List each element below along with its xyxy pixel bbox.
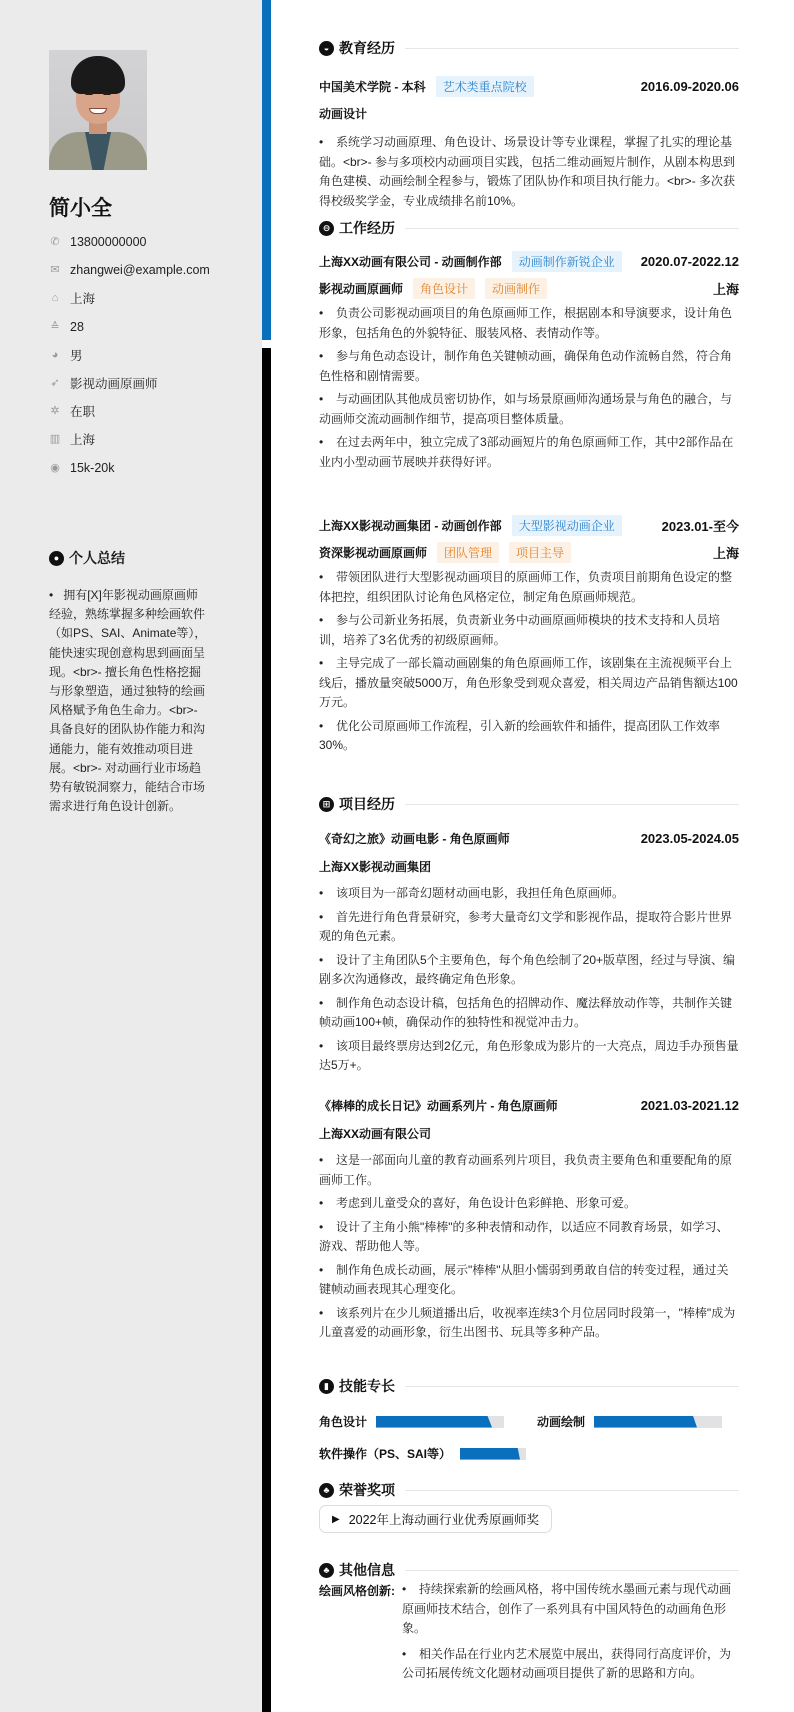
skill-bar bbox=[460, 1448, 526, 1460]
briefcase-icon: ⊖ bbox=[319, 221, 334, 236]
skill-bar bbox=[376, 1416, 504, 1428]
section-projects-heading: ⊞ 项目经历 bbox=[319, 794, 739, 814]
bar-chart-icon: ▮ bbox=[319, 1379, 334, 1394]
section-education-heading: ◒ 教育经历 bbox=[319, 38, 739, 58]
school-tag: 艺术类重点院校 bbox=[436, 76, 534, 97]
education-period: 2016.09-2020.06 bbox=[641, 79, 739, 94]
info-age: ≙28 bbox=[49, 313, 210, 341]
project-2-org: 上海XX动画有限公司 bbox=[319, 1125, 739, 1142]
education-details: 系统学习动画原理、角色设计、场景设计等专业课程，掌握了扎实的理论基础。<br>-… bbox=[319, 133, 739, 215]
company-tag: 动画制作新锐企业 bbox=[512, 251, 622, 272]
info-position: ➶影视动画原画师 bbox=[49, 369, 210, 397]
home-icon: ⌂ bbox=[49, 292, 61, 304]
education-header: 中国美术学院 - 本科 艺术类重点院校 2016.09-2020.06 bbox=[319, 76, 739, 97]
skill-tag: 角色设计 bbox=[413, 278, 475, 299]
graduation-cap-icon: ◒ bbox=[319, 41, 334, 56]
list-item: 持续探索新的绘画风格，将中国传统水墨画元素与现代动画原画师技术结合，创作了一系列… bbox=[402, 1580, 739, 1639]
list-item: 在过去两年中，独立完成了3部动画短片的角色原画师工作，其中2部作品在业内小型动画… bbox=[319, 433, 739, 472]
list-item: 负责公司影视动画项目的角色原画师工作，根据剧本和导演要求，设计角色形象，包括角色… bbox=[319, 304, 739, 343]
skill-tag: 项目主导 bbox=[509, 542, 571, 563]
list-item: 主导完成了一部长篇动画剧集的角色原画师工作，该剧集在主流视频平台上线后，播放量突… bbox=[319, 654, 739, 713]
status-icon: ✲ bbox=[49, 405, 61, 417]
job-1-header: 上海XX动画有限公司 - 动画制作部 动画制作新锐企业 2020.07-2022… bbox=[319, 251, 739, 272]
other-label: 绘画风格创新: bbox=[319, 1582, 395, 1599]
project-2-header: 《棒棒的成长日记》动画系列片 - 角色原画师 2021.03-2021.12 bbox=[319, 1097, 739, 1114]
skill-bar bbox=[594, 1416, 722, 1428]
list-item: 设计了主角小熊"棒棒"的多种表情和动作，以适应不同教育场景，如学习、游戏、帮助他… bbox=[319, 1218, 739, 1257]
accent-bar-blue bbox=[262, 0, 271, 340]
company-tag: 大型影视动画企业 bbox=[512, 515, 622, 536]
salary-icon: ◉ bbox=[49, 462, 61, 474]
list-item: 这是一部面向儿童的教育动画系列片项目，我负责主要角色和重要配角的原画师工作。 bbox=[319, 1151, 739, 1190]
section-awards-heading: ♣ 荣誉奖项 bbox=[319, 1480, 739, 1500]
skill-item: 动画绘制 bbox=[537, 1413, 722, 1430]
user-icon: ● bbox=[49, 551, 64, 566]
phone-icon: ✆ bbox=[49, 236, 61, 248]
job-2-bullets: 带领团队进行大型影视动画项目的原画师工作，负责项目前期角色设定的整体把控，组织团… bbox=[319, 568, 739, 760]
skill-tag: 团队管理 bbox=[437, 542, 499, 563]
job-1-bullets: 负责公司影视动画项目的角色原画师工作，根据剧本和导演要求，设计角色形象，包括角色… bbox=[319, 304, 739, 476]
sidebar: 简小全 ✆13800000000 ✉zhangwei@example.com ⌂… bbox=[0, 0, 262, 1712]
list-item: 参与公司新业务拓展，负责新业务中动画原画师模块的技术支持和人员培训，培养了3名优… bbox=[319, 611, 739, 650]
list-item: 首先进行角色背景研究，参考大量奇幻文学和影视作品，提取符合影片世界观的角色元素。 bbox=[319, 908, 739, 947]
list-item: 该项目最终票房达到2亿元，角色形象成为影片的一大亮点，周边手办预售量达5万+。 bbox=[319, 1037, 739, 1076]
school-name: 中国美术学院 - 本科 bbox=[319, 78, 426, 95]
section-other-heading: ♣ 其他信息 bbox=[319, 1560, 739, 1580]
info-icon: ♣ bbox=[319, 1563, 334, 1578]
summary-heading: ● 个人总结 bbox=[49, 548, 125, 568]
list-item: 该项目为一部奇幻题材动画电影，我担任角色原画师。 bbox=[319, 884, 739, 904]
skill-item: 角色设计 bbox=[319, 1413, 504, 1430]
contact-info-list: ✆13800000000 ✉zhangwei@example.com ⌂上海 ≙… bbox=[49, 228, 210, 482]
city-icon: ▥ bbox=[49, 433, 61, 445]
job-2-role: 资深影视动画原画师 团队管理 项目主导 上海 bbox=[319, 542, 739, 563]
skill-item: 软件操作（PS、SAI等） bbox=[319, 1445, 526, 1462]
list-item: 与动画团队其他成员密切协作，如与场景原画师沟通场景与角色的融合，与动画师交流动画… bbox=[319, 390, 739, 429]
section-work-heading: ⊖ 工作经历 bbox=[319, 218, 739, 238]
info-location: ⌂上海 bbox=[49, 284, 210, 312]
award-icon: ♣ bbox=[319, 1483, 334, 1498]
list-item: 系统学习动画原理、角色设计、场景设计等专业课程，掌握了扎实的理论基础。<br>-… bbox=[319, 133, 739, 211]
list-item: 设计了主角团队5个主要角色，每个角色绘制了20+版草图，经过与导演、编剧多次沟通… bbox=[319, 951, 739, 990]
section-skills-heading: ▮ 技能专长 bbox=[319, 1376, 739, 1396]
mail-icon: ✉ bbox=[49, 264, 61, 276]
award-item[interactable]: ▶ 2022年上海动画行业优秀原画师奖 bbox=[319, 1505, 552, 1533]
info-gender: ◕男 bbox=[49, 341, 210, 369]
grid-icon: ⊞ bbox=[319, 797, 334, 812]
list-item: 制作角色成长动画，展示"棒棒"从胆小懦弱到勇敢自信的转变过程，通过关键帧动画表现… bbox=[319, 1261, 739, 1300]
accent-bar-black bbox=[262, 348, 271, 1712]
info-email: ✉zhangwei@example.com bbox=[49, 256, 210, 284]
job-2-header: 上海XX影视动画集团 - 动画创作部 大型影视动画企业 2023.01-至今 bbox=[319, 515, 739, 536]
info-target-city: ▥上海 bbox=[49, 425, 210, 453]
age-icon: ≙ bbox=[49, 321, 61, 333]
info-phone: ✆13800000000 bbox=[49, 228, 210, 256]
list-item: 相关作品在行业内艺术展览中展出，获得同行高度评价，为公司拓展传统文化题材动画项目… bbox=[402, 1645, 739, 1684]
project-1-bullets: 该项目为一部奇幻题材动画电影，我担任角色原画师。 首先进行角色背景研究，参考大量… bbox=[319, 884, 739, 1080]
project-1-header: 《奇幻之旅》动画电影 - 角色原画师 2023.05-2024.05 bbox=[319, 830, 739, 847]
list-item: 参与角色动态设计，制作角色关键帧动画，确保角色动作流畅自然，符合角色性格和剧情需… bbox=[319, 347, 739, 386]
info-status: ✲在职 bbox=[49, 397, 210, 425]
candidate-name: 简小全 bbox=[49, 192, 112, 222]
project-1-org: 上海XX影视动画集团 bbox=[319, 858, 739, 875]
other-bullets: 持续探索新的绘画风格，将中国传统水墨画元素与现代动画原画师技术结合，创作了一系列… bbox=[402, 1580, 739, 1690]
list-item: 制作角色动态设计稿，包括角色的招牌动作、魔法释放动作等，共制作关键帧动画100+… bbox=[319, 994, 739, 1033]
project-2-bullets: 这是一部面向儿童的教育动画系列片项目，我负责主要角色和重要配角的原画师工作。 考… bbox=[319, 1151, 739, 1347]
list-item: 考虑到儿童受众的喜好，角色设计色彩鲜艳、形象可爱。 bbox=[319, 1194, 739, 1214]
position-icon: ➶ bbox=[49, 377, 61, 389]
list-item: 带领团队进行大型影视动画项目的原画师工作，负责项目前期角色设定的整体把控，组织团… bbox=[319, 568, 739, 607]
gender-icon: ◕ bbox=[49, 349, 61, 361]
avatar-photo bbox=[49, 50, 147, 170]
major: 动画设计 bbox=[319, 105, 367, 122]
triangle-right-icon: ▶ bbox=[332, 1514, 340, 1525]
list-item: 该系列片在少儿频道播出后，收视率连续3个月位居同时段第一，"棒棒"成为儿童喜爱的… bbox=[319, 1304, 739, 1343]
job-1-role: 影视动画原画师 角色设计 动画制作 上海 bbox=[319, 278, 739, 299]
info-salary: ◉15k-20k bbox=[49, 454, 210, 482]
major-row: 动画设计 bbox=[319, 105, 739, 122]
summary-text: •拥有[X]年影视动画原画师经验，熟练掌握多种绘画软件（如PS、SAI、Anim… bbox=[49, 586, 207, 816]
list-item: 优化公司原画师工作流程，引入新的绘画软件和插件，提高团队工作效率30%。 bbox=[319, 717, 739, 756]
skill-tag: 动画制作 bbox=[485, 278, 547, 299]
